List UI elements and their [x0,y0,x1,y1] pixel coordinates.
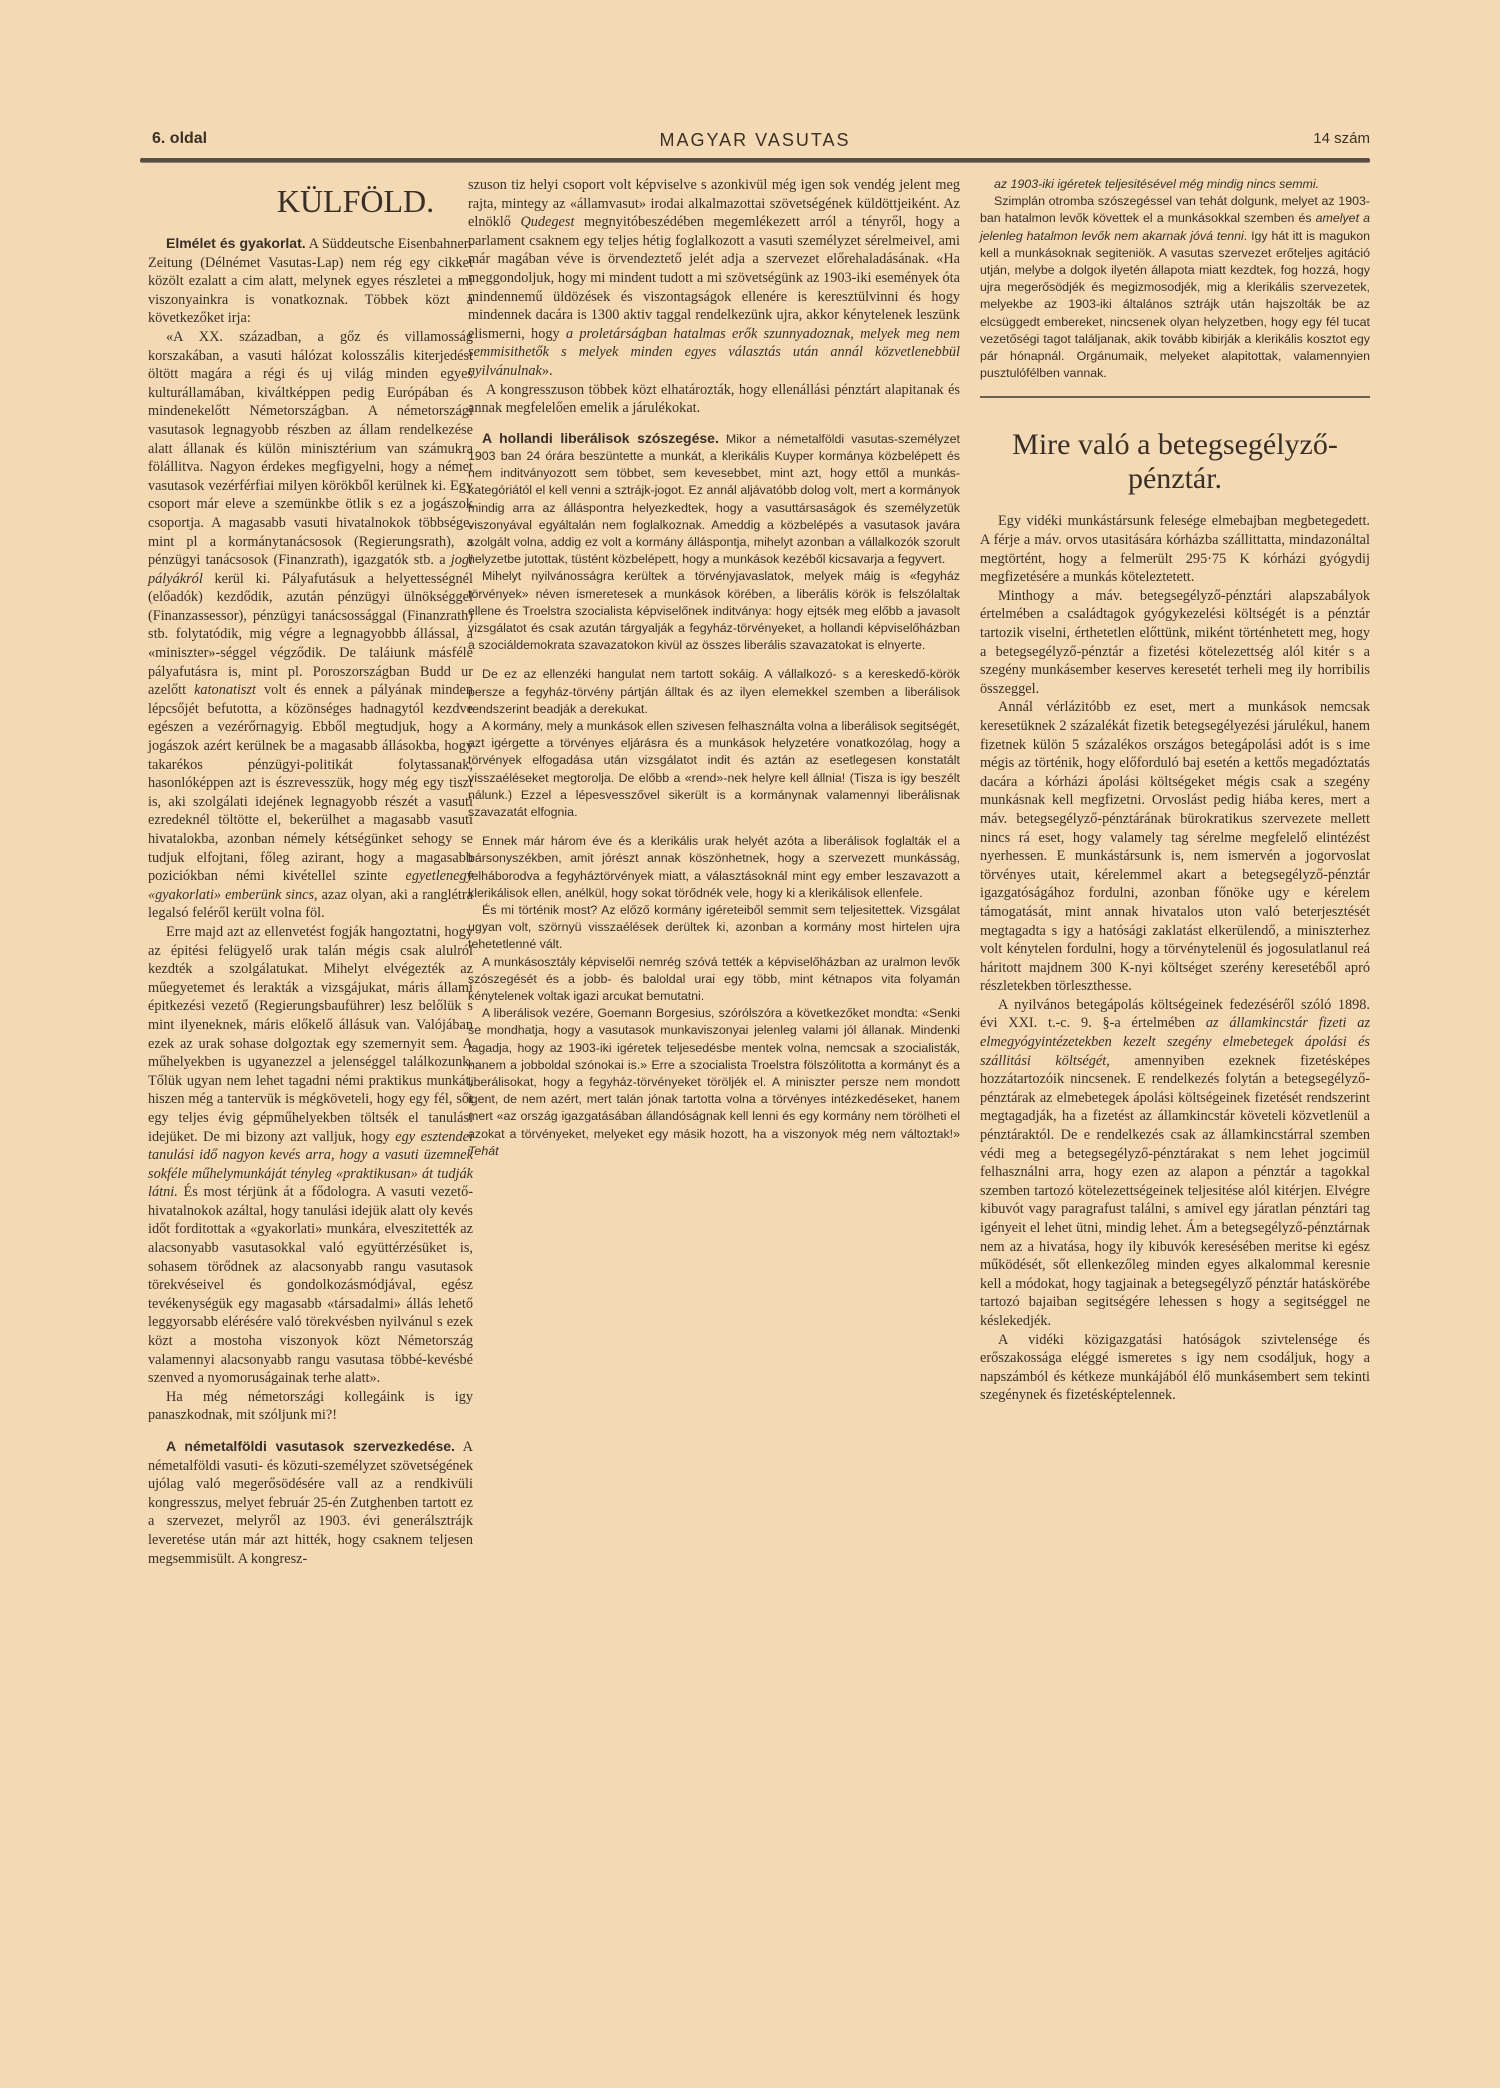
publication-title: MAGYAR VASUTAS [140,130,1370,151]
article-paragraph: Minthogy a máv. betegsegélyző-pénztári a… [980,587,1370,699]
article-divider [980,396,1370,398]
article-paragraph: Erre majd azt az ellenvetést fogják hang… [148,923,473,1388]
article-paragraph: A vidéki közigazgatási hatóságok szivtel… [980,1331,1370,1405]
article-paragraph: A nyilvános betegápolás költségeinek fed… [980,996,1370,1331]
article-title: Mire való a betegsegélyző-pénztár. [980,428,1370,496]
article-nemetalfoldi: A németalföldi vasutasok szervezkedése. … [148,1437,473,1568]
header-rule [140,158,1370,163]
issue-number: 14 szám [1313,130,1370,147]
article-paragraph: «A XX. században, a gőz és villamosság k… [148,328,473,923]
article-lead: Elmélet és gyakorlat. [166,235,306,251]
article-paragraph: Annál vérlázitóbb ez eset, mert a munkás… [980,698,1370,996]
article-hollandi-continued: az 1903-iki igéretek teljesitésével még … [980,176,1370,382]
column-1: KÜLFÖLD. Elmélet és gyakorlat. A Süddeut… [148,176,473,1568]
article-paragraph: szuson tiz helyi csoport volt képviselve… [468,176,960,381]
article-paragraph: Egy vidéki munkástársunk felesége elmeba… [980,512,1370,586]
article-paragraph: Ha még németországi kollegáink is igy pa… [148,1388,473,1425]
section-title: KÜLFÖLD. [238,182,473,220]
article-lead: A németalföldi vasutasok szervezkedése. [166,1438,455,1454]
article-paragraph: A kongresszuson többek közt elhatározták… [468,381,960,418]
masthead: 6. oldal MAGYAR VASUTAS 14 szám [140,128,1370,158]
column-2: szuson tiz helyi csoport volt képviselve… [468,176,960,1160]
article-elmelet-intro: Elmélet és gyakorlat. A Süddeutsche Eise… [148,234,473,328]
newspaper-page: 6. oldal MAGYAR VASUTAS 14 szám KÜLFÖLD.… [140,120,1370,2000]
article-lead: A hollandi liberálisok szószegése. [482,430,719,446]
column-3: az 1903-iki igéretek teljesitésével még … [980,176,1370,1405]
article-hollandi: A hollandi liberálisok szószegése. Mikor… [468,430,960,1160]
